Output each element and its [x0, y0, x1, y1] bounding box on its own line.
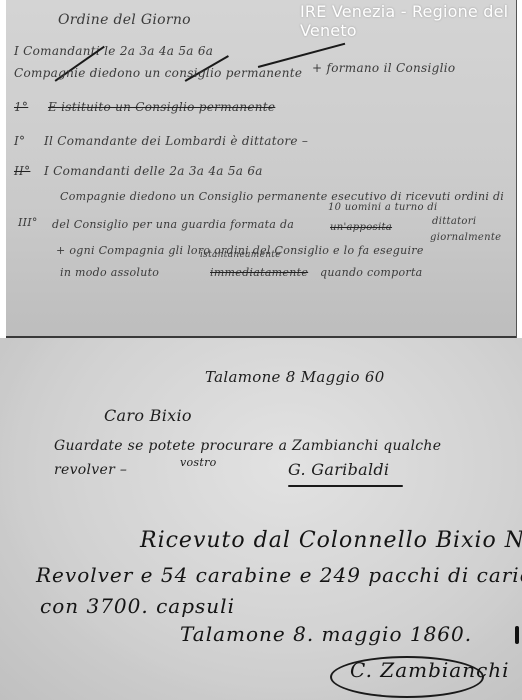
line-6: Compagnie diedono un Consiglio permanent…	[60, 190, 504, 203]
line-7-insert: 10 uomini a turno di	[328, 202, 437, 213]
line-9-struck: immediatamente	[210, 266, 308, 279]
receipt-date: Talamone 8. maggio 1860.	[180, 622, 472, 646]
line-9-insert: istantaneamente	[200, 250, 281, 260]
scan-margin	[517, 0, 522, 338]
salutation: Caro Bixio	[104, 406, 192, 425]
place-date: Talamone 8 Maggio 60	[205, 368, 385, 386]
signature-garibaldi: G. Garibaldi	[288, 460, 389, 479]
receipt-line-1: Ricevuto dal Colonnello Bixio N.° 8	[140, 528, 522, 553]
line-3-marker: 1°	[14, 100, 28, 114]
line-7-marker: III°	[18, 216, 38, 229]
line-9: in modo assoluto	[60, 266, 159, 279]
line-7-struck: un'apposita	[330, 222, 392, 233]
line-4-marker: I°	[14, 134, 25, 148]
line-2-note: + formano il Consiglio	[312, 61, 455, 75]
line-1: I Comandanti le 2a 3a 4a 5a 6a	[14, 44, 213, 58]
letter-body-line-1: Guardate se potete procurare a Zambianch…	[54, 438, 441, 454]
line-5-marker: II°	[14, 164, 30, 178]
line-5: I Comandanti delle 2a 3a 4a 5a 6a	[44, 164, 263, 178]
line-3: E istituito un Consiglio permanente	[48, 100, 275, 114]
line-7-end: dittatori	[432, 216, 476, 227]
line-7: del Consiglio per una guardia formata da	[52, 218, 294, 231]
signature-zambianchi: C. Zambianchi	[350, 658, 510, 682]
letter-body-line-2: revolver –	[54, 462, 127, 478]
ink-mark	[515, 626, 519, 644]
line-2: Compagnie diedono un consiglio permanent…	[14, 66, 302, 80]
line-7-note: giornalmente	[430, 232, 501, 243]
letter-closing: vostro	[180, 456, 217, 469]
line-4: Il Comandante dei Lombardi è dittatore –	[44, 134, 308, 148]
receipt-line-2: Revolver e 54 carabine e 249 pacchi di c…	[36, 563, 522, 587]
signature-underline	[288, 485, 403, 487]
line-9-end: quando comporta	[320, 266, 423, 279]
watermark: IRE Venezia - Regione del Veneto	[300, 2, 522, 40]
heading: Ordine del Giorno	[58, 12, 191, 28]
receipt-line-3: con 3700. capsuli	[40, 594, 235, 618]
